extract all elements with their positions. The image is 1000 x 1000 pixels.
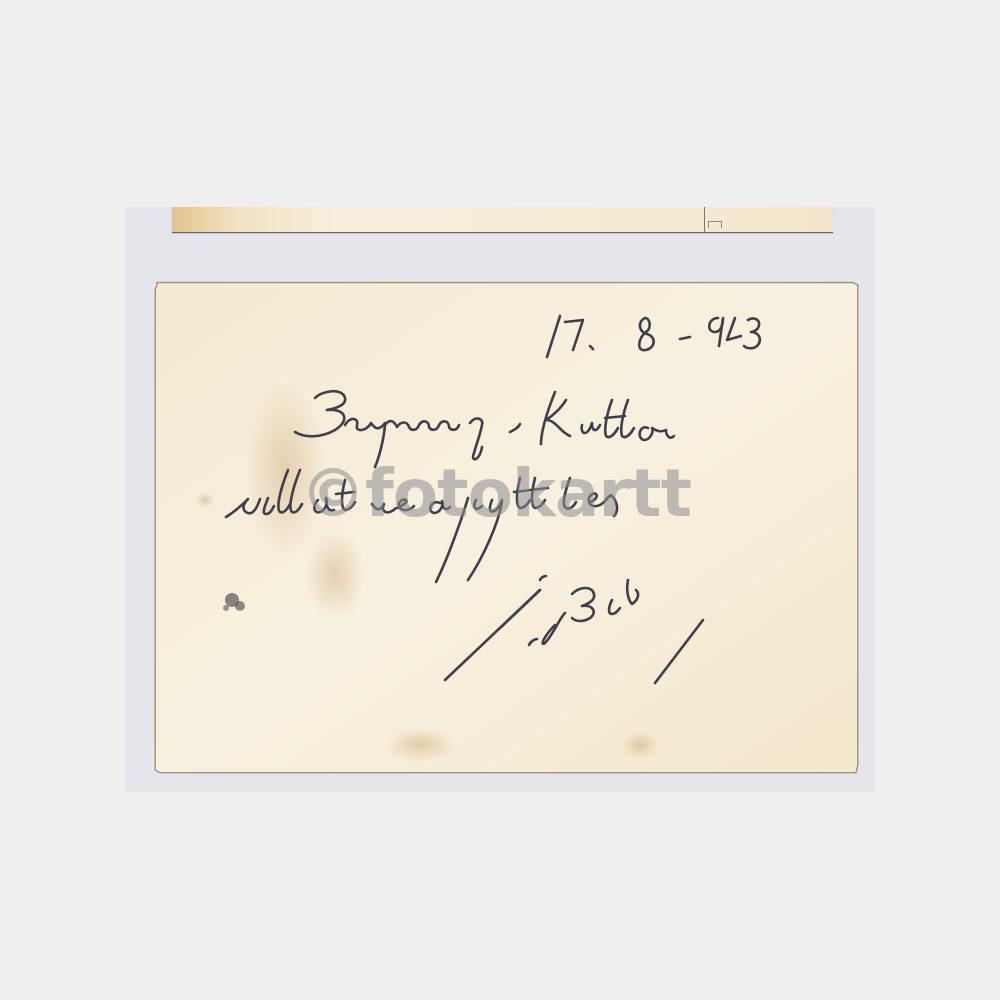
watermark: ©fotokartt	[300, 455, 691, 532]
